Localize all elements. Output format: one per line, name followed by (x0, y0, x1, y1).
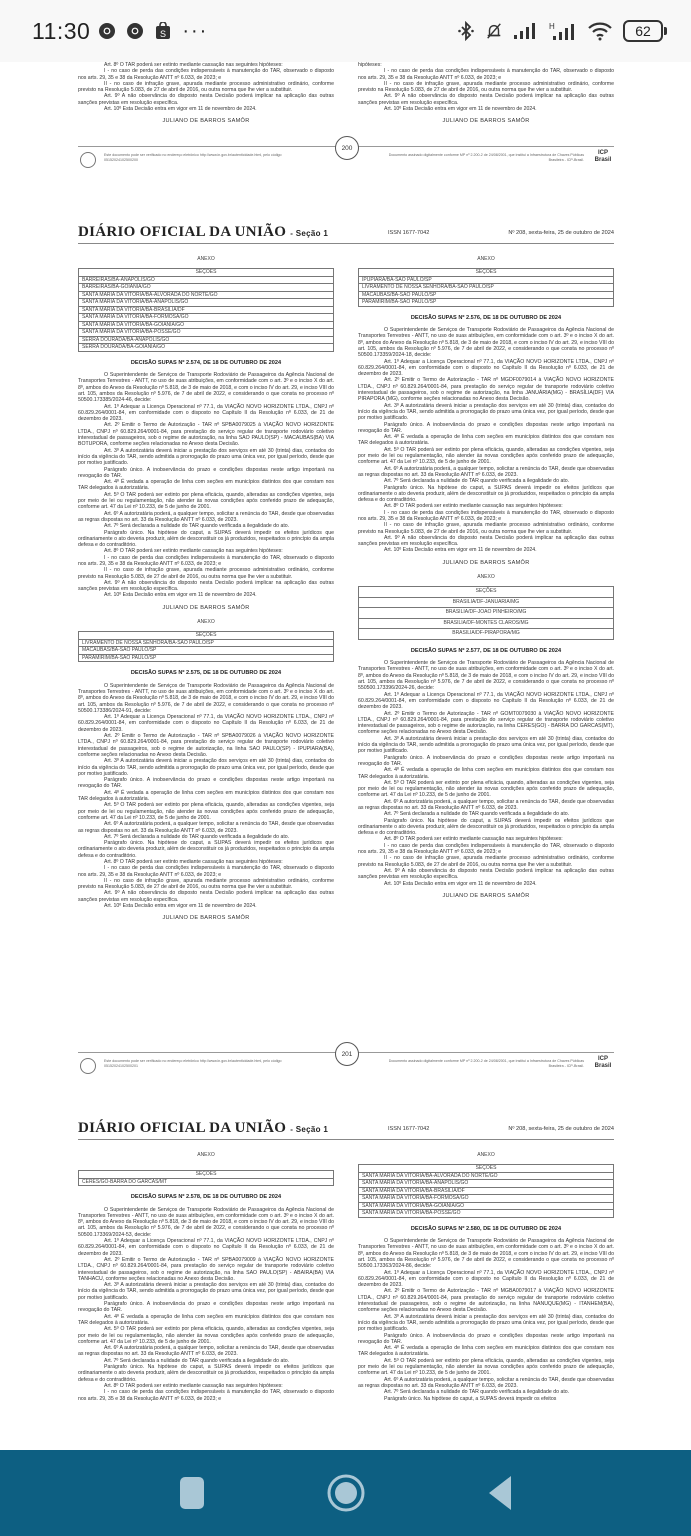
issue-date: Nº 208, sexta-feira, 25 de outubro de 20… (508, 1126, 614, 1132)
secoes-table: SEÇÕES LIVRAMENTO DE NOSSA SENHORA/BA-SA… (78, 631, 334, 662)
signature: JULIANO DE BARROS SAMÔR (78, 915, 334, 921)
paragraph: Art. 9º A não observância do disposto ne… (358, 93, 614, 106)
status-bar: 11:30 S ··· H 62 (0, 0, 691, 62)
clock: 11:30 (32, 18, 90, 45)
secoes-table: SEÇÕES BRASILIA/DF-JANUARIA/MG BRASILIA/… (358, 586, 614, 640)
secoes-table: SEÇÕES SANTA MARIA DA VITORIA/BA-ALVORAD… (358, 1164, 614, 1218)
decision-body: O Superintendente de Serviços de Transpo… (358, 660, 614, 887)
paragraph: Art. 10º Esta Decisão entra em vigor em … (78, 106, 334, 112)
svg-text:H: H (549, 22, 555, 31)
page-201-left-column: ANEXO SEÇÕES BARREIRAS/BA-ANAPOLIS/GO BA… (78, 248, 334, 922)
signature: JULIANO DE BARROS SAMÔR (78, 605, 334, 611)
page-201-right-column: ANEXO SEÇÕES IPUPIARA/BA-SAO PAULO/SP LI… (358, 248, 614, 899)
paragraph: I - no caso de perda das condições indis… (78, 68, 334, 81)
coat-of-arms-icon (80, 1058, 96, 1074)
signature: JULIANO DE BARROS SAMÔR (358, 118, 614, 124)
paragraph: Art. 10º Esta Decisão entra em vigor em … (358, 106, 614, 112)
battery-level: 62 (623, 20, 663, 42)
page-200-fragment: Art. 8º O TAR poderá ser extinto mediant… (78, 62, 614, 180)
home-icon (326, 1473, 366, 1513)
secoes-table: SEÇÕES IPUPIARA/BA-SAO PAULO/SP LIVRAMEN… (358, 268, 614, 307)
verification-text: Este documento pode ser verificado no en… (104, 153, 304, 163)
signature-notice: Documento assinado digitalmente conforme… (384, 1059, 584, 1069)
system-navigation-bar (0, 1450, 691, 1536)
bluetooth-icon (457, 22, 475, 40)
page-footer: Este documento pode ser verificado no en… (78, 1052, 614, 1074)
signal-h-icon: H (549, 22, 577, 40)
page-number: 200 (335, 136, 359, 160)
signal-icon (513, 22, 539, 40)
signature-notice: Documento assinado digitalmente conforme… (384, 153, 584, 163)
coat-of-arms-icon (80, 152, 96, 168)
decision-title: DECISÃO SUPAS Nº 2.574, DE 18 DE OUTUBRO… (78, 360, 334, 366)
recents-button[interactable] (170, 1471, 214, 1515)
page-200-left-column: Art. 8º O TAR poderá ser extinto mediant… (78, 62, 334, 125)
more-notifications-icon: ··· (182, 20, 208, 43)
page-number: 201 (335, 1042, 359, 1066)
page-header: DIÁRIO OFICIAL DA UNIÃO - Seção 1 ISSN 1… (78, 1118, 614, 1140)
signature: JULIANO DE BARROS SAMÔR (358, 560, 614, 566)
shopee-bag-icon: S (154, 22, 172, 40)
svg-text:S: S (160, 29, 166, 39)
anexo-label: ANEXO (78, 256, 334, 262)
secoes-table: SEÇÕES CERES/GO-BARRA DO GARCAS/MT (78, 1170, 334, 1186)
page-202-left-column: ANEXO SEÇÕES CERES/GO-BARRA DO GARCAS/MT… (78, 1144, 334, 1402)
chrome-icon (98, 22, 116, 40)
pdf-viewer[interactable]: Art. 8º O TAR poderá ser extinto mediant… (0, 62, 691, 1450)
verification-text: Este documento pode ser verificado no en… (104, 1059, 304, 1069)
bell-muted-icon (485, 22, 503, 40)
issue-date: Nº 208, sexta-feira, 25 de outubro de 20… (508, 230, 614, 236)
decision-title: DECISÃO SUPAS Nº 2.575, DE 18 DE OUTUBRO… (78, 670, 334, 676)
decision-body: O Superintendente de Serviços de Transpo… (78, 683, 334, 910)
anexo-label: ANEXO (358, 256, 614, 262)
paragraph: I - no caso de perda das condições indis… (358, 68, 614, 81)
page-footer: Este documento pode ser verificado no en… (78, 146, 614, 168)
battery-indicator: 62 (623, 20, 667, 42)
icp-brasil-logo: ICP Brasil (594, 150, 612, 167)
anexo-label: ANEXO (358, 1152, 614, 1158)
back-button[interactable] (478, 1471, 522, 1515)
decision-body: O Superintendente de Serviços de Transpo… (78, 1207, 334, 1402)
decision-title: DECISÃO SUPAS Nº 2.580, DE 18 DE OUTUBRO… (358, 1226, 614, 1232)
page-202: DIÁRIO OFICIAL DA UNIÃO - Seção 1 ISSN 1… (78, 1118, 614, 1450)
decision-title: DECISÃO SUPAS Nº 2.577, DE 18 DE OUTUBRO… (358, 648, 614, 654)
back-icon (487, 1475, 513, 1511)
page-header: DIÁRIO OFICIAL DA UNIÃO - Seção 1 ISSN 1… (78, 222, 614, 244)
decision-body: O Superintendente de Serviços de Transpo… (358, 327, 614, 554)
issn: ISSN 1677-7042 (388, 1126, 429, 1132)
signature: JULIANO DE BARROS SAMÔR (78, 118, 334, 124)
decision-body: O Superintendente de Serviços de Transpo… (358, 1238, 614, 1402)
secoes-table: SEÇÕES BARREIRAS/BA-ANAPOLIS/GO BARREIRA… (78, 268, 334, 352)
paragraph: II - no caso de infração grave, apurada … (358, 81, 614, 94)
icp-brasil-logo: ICP Brasil (594, 1056, 612, 1073)
anexo-label: ANEXO (78, 619, 334, 625)
anexo-label: ANEXO (78, 1152, 334, 1158)
home-button[interactable] (324, 1471, 368, 1515)
page-201: DIÁRIO OFICIAL DA UNIÃO - Seção 1 ISSN 1… (78, 222, 614, 1092)
publication-title: DIÁRIO OFICIAL DA UNIÃO - Seção 1 (78, 1120, 328, 1137)
recents-icon (179, 1476, 205, 1510)
decision-title: DECISÃO SUPAS Nº 2.576, DE 18 DE OUTUBRO… (358, 315, 614, 321)
publication-title: DIÁRIO OFICIAL DA UNIÃO - Seção 1 (78, 224, 328, 241)
page-200-right-column: hipóteses: I - no caso de perda das cond… (358, 62, 614, 125)
anexo-label: ANEXO (358, 574, 614, 580)
paragraph: Art. 9º A não observância do disposto ne… (78, 93, 334, 106)
issn: ISSN 1677-7042 (388, 230, 429, 236)
decision-body: O Superintendente de Serviços de Transpo… (78, 372, 334, 599)
wifi-icon (587, 22, 613, 40)
decision-title: DECISÃO SUPAS Nº 2.578, DE 18 DE OUTUBRO… (78, 1194, 334, 1200)
signature: JULIANO DE BARROS SAMÔR (358, 893, 614, 899)
chrome-icon (126, 22, 144, 40)
battery-tip (664, 27, 667, 35)
page-202-right-column: ANEXO SEÇÕES SANTA MARIA DA VITORIA/BA-A… (358, 1144, 614, 1402)
paragraph: II - no caso de infração grave, apurada … (78, 81, 334, 94)
